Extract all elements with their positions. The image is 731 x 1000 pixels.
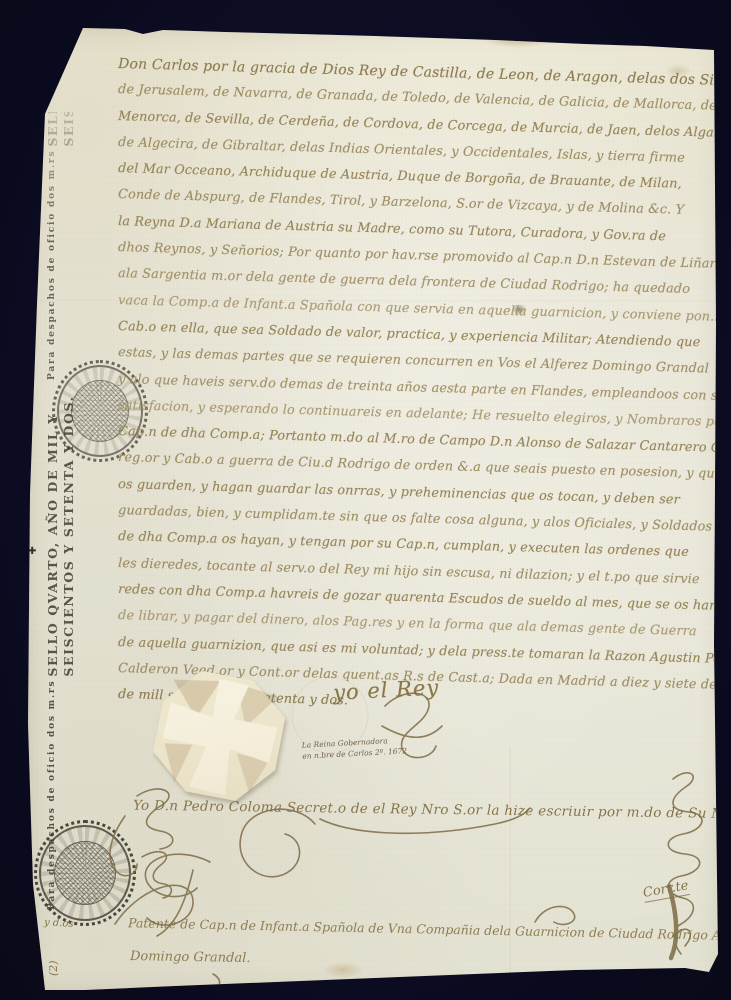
secretary-signature-line: Yo D.n Pedro Coloma Secret.o de el Rey N… [133, 798, 731, 823]
paper-stain [323, 962, 363, 978]
fold-crease [510, 748, 512, 992]
archive-number: (2) [47, 960, 60, 976]
stamp-line1: SELLO QVARTO, AÑO DE MIL Y [45, 395, 60, 676]
photo-background: Para despachos de oficio dos m.rs SELLO … [0, 0, 731, 1000]
wafer-cross-icon [147, 664, 291, 807]
document-page: Para despachos de oficio dos m.rs SELLO … [25, 24, 725, 996]
manuscript-body: Don Carlos por la gracia de Dios Rey de … [118, 56, 710, 713]
council-rubric-2 [142, 852, 171, 898]
docket-line1: Patente de Cap.n de Infant.a Spañola de … [128, 915, 731, 944]
margin-fee-mark: y d.os [44, 917, 74, 930]
printed-cross-icon: ✚ [28, 546, 36, 557]
archivist-annotation: La Reina Gobernadora en n.bre de Carlos … [301, 734, 407, 762]
stamp-line2: SEISCIENTOS Y SETENTA Y DOS. [61, 0, 76, 147]
stamp-line1: SELLO QVARTO, AÑO DE MIL Y [45, 0, 60, 147]
seal-coat-of-arms [54, 841, 116, 906]
paper-stain [480, 26, 558, 48]
paper-wafer-seal [148, 666, 290, 806]
royal-seal-icon [34, 820, 136, 926]
grandal-tail [210, 974, 220, 987]
tax-stamp-top: Para despachos de oficio dos m.rs SELLO … [45, 112, 76, 380]
docket-flourish-small [535, 906, 575, 924]
seal-ring [39, 825, 131, 921]
docket-line2: Domingo Grandal. [130, 949, 251, 966]
stamp-fee-text: Para despachos de oficio dos m.rs [45, 150, 57, 380]
correction-note: Corr.te [642, 878, 690, 903]
